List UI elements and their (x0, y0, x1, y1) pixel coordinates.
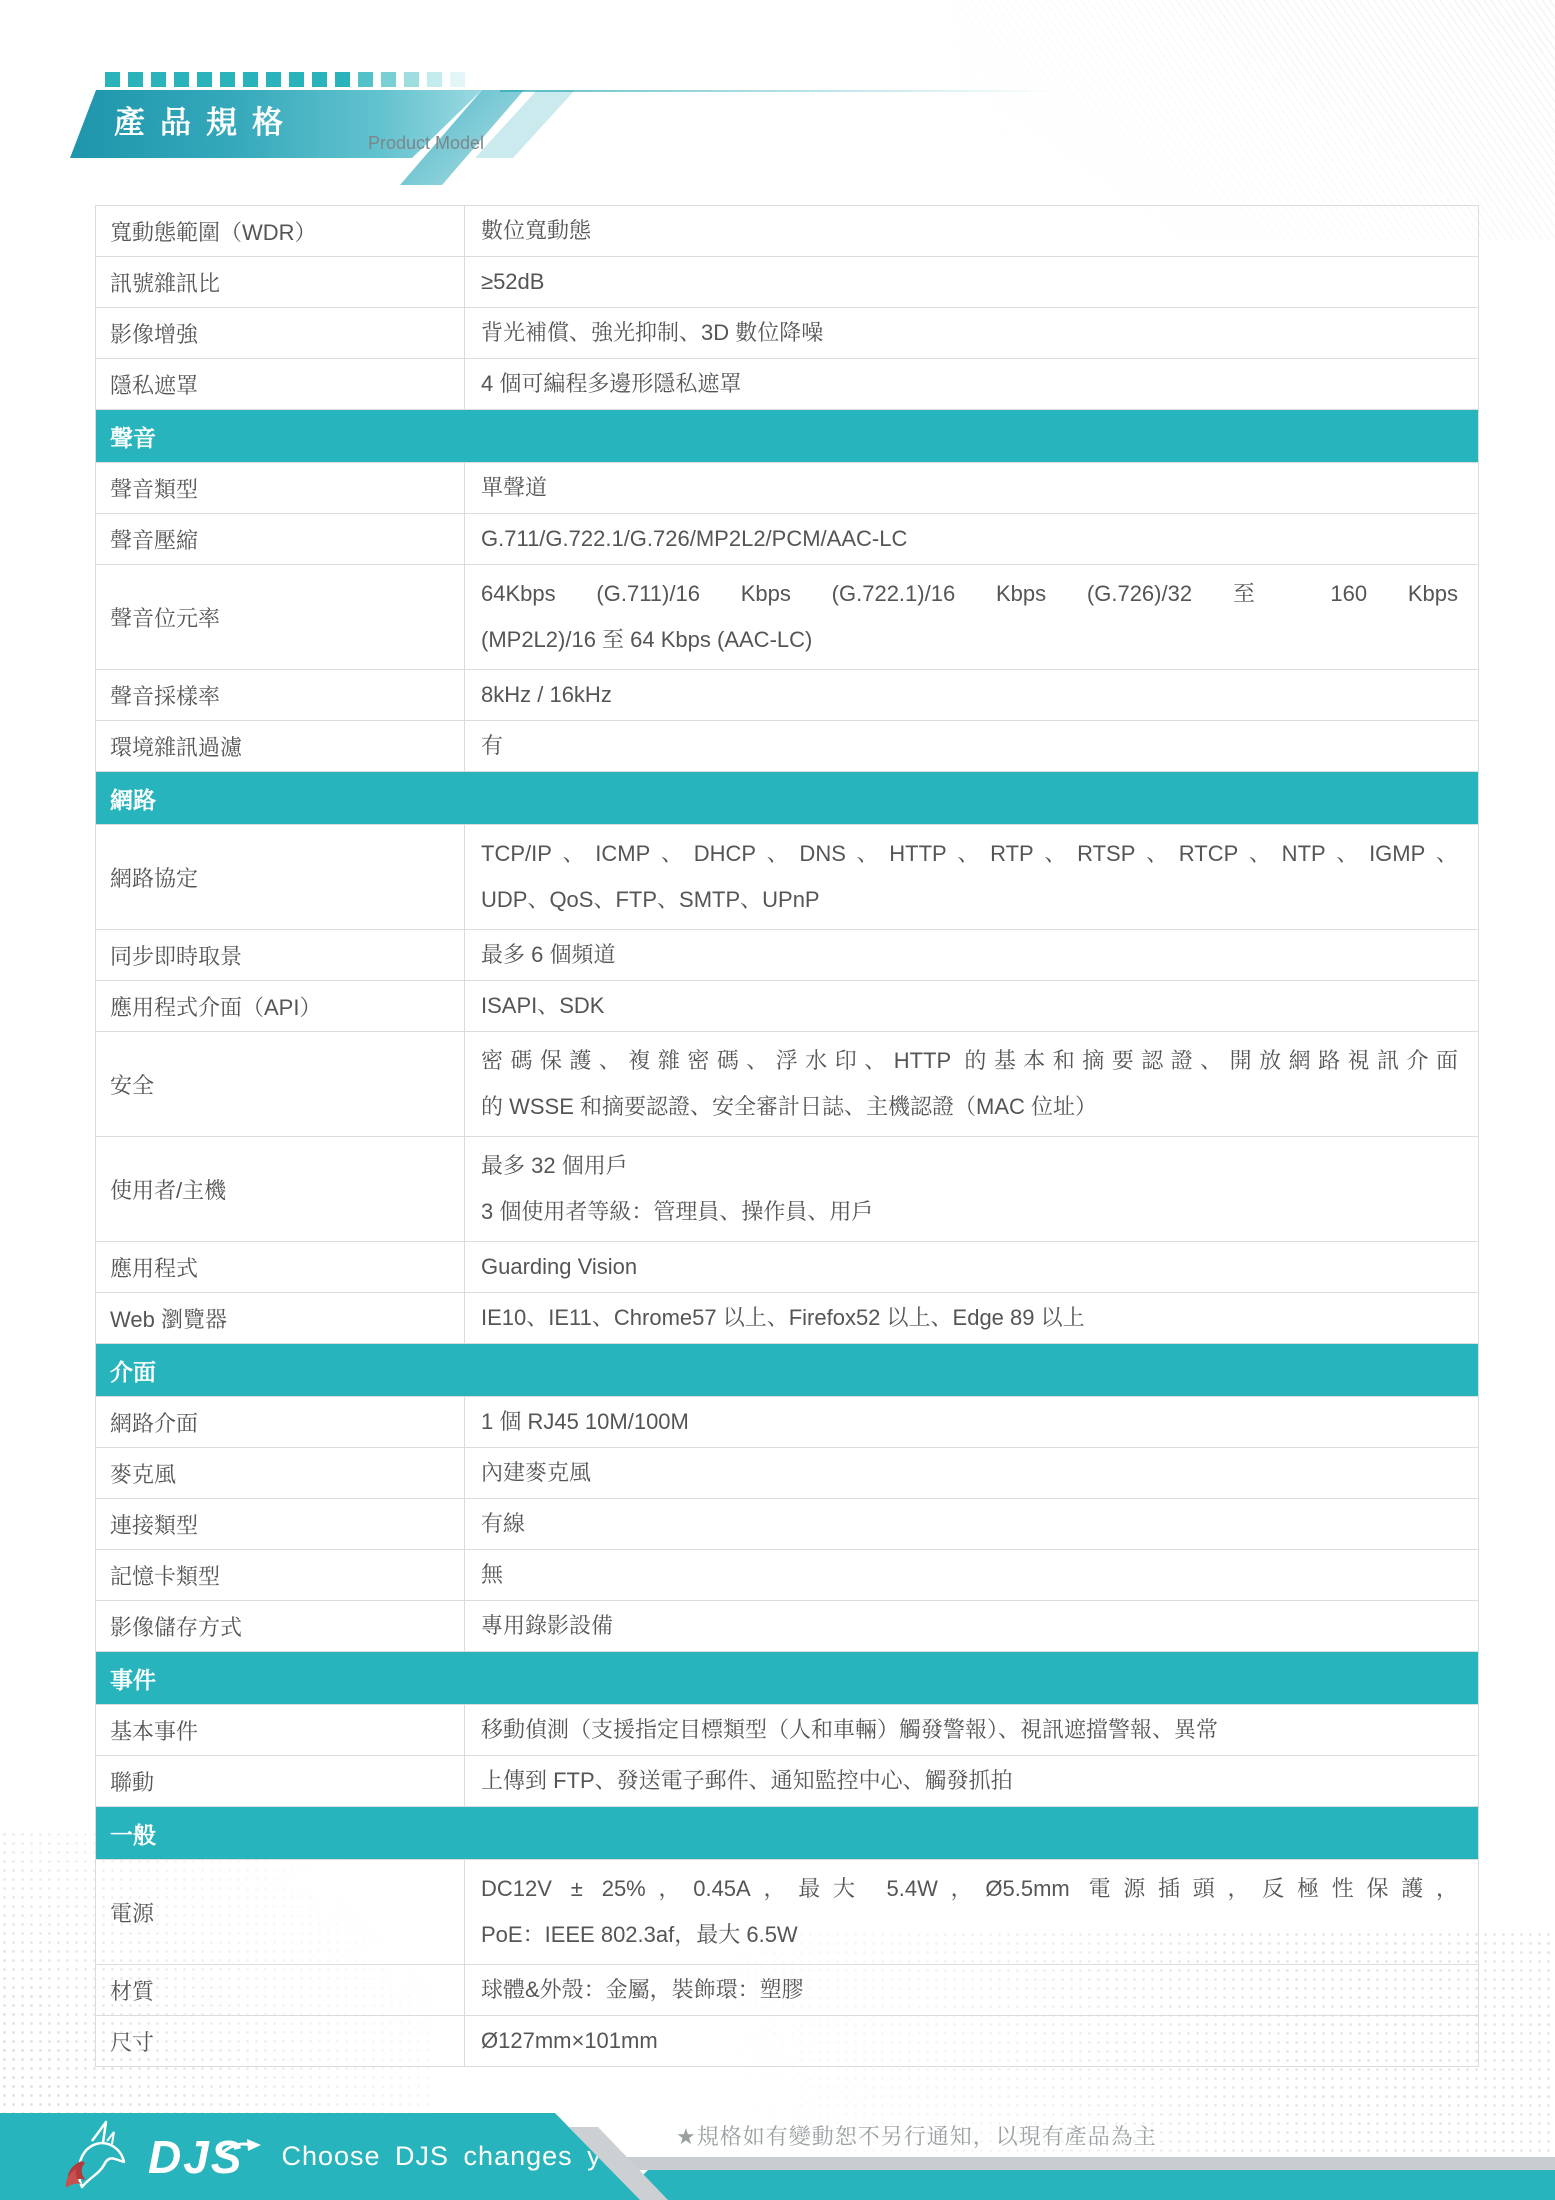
spec-value: 密碼保護、複雜密碼、浮水印、HTTP 的基本和摘要認證、開放網路視訊介面的 WS… (465, 1032, 1478, 1136)
table-row: 連接類型有線 (96, 1498, 1478, 1549)
footer-teal-strip (618, 2170, 1555, 2200)
decorative-square (404, 72, 419, 87)
unicorn-logo-icon (58, 2117, 142, 2196)
spec-value-line: 單聲道 (481, 474, 1458, 502)
footer-gray-strip (592, 2157, 1555, 2170)
spec-value-line: 1 個 RJ45 10M/100M (481, 1408, 1458, 1436)
decorative-square (358, 72, 373, 87)
spec-value: 1 個 RJ45 10M/100M (465, 1397, 1478, 1447)
spec-value: 無 (465, 1550, 1478, 1600)
table-row: 影像儲存方式專用錄影設備 (96, 1600, 1478, 1651)
decorative-square (266, 72, 281, 87)
spec-value: IE10、IE11、Chrome57 以上、Firefox52 以上、Edge … (465, 1293, 1478, 1343)
spec-value-line: 64Kbps (G.711)/16 Kbps (G.722.1)/16 Kbps… (481, 571, 1458, 617)
spec-value: ISAPI、SDK (465, 981, 1478, 1031)
spec-value: ≥52dB (465, 257, 1478, 307)
spec-value: 球體&外殼：金屬，裝飾環：塑膠 (465, 1965, 1478, 2015)
brand-name: DJS (148, 2134, 243, 2180)
table-row: 隱私遮罩4 個可編程多邊形隱私遮罩 (96, 358, 1478, 409)
spec-label: 電源 (96, 1860, 465, 1964)
section-header: 一般 (96, 1806, 1478, 1859)
spec-value-line: 3 個使用者等級：管理員、操作員、用戶 (481, 1189, 1458, 1235)
decorative-square (335, 72, 350, 87)
page-subtitle: Product Model (368, 133, 484, 154)
spec-value-line: ≥52dB (481, 268, 1458, 296)
spec-label: 影像儲存方式 (96, 1601, 465, 1651)
spec-value: 移動偵測（支援指定目標類型（人和車輛）觸發警報）、視訊遮擋警報、異常 (465, 1705, 1478, 1755)
section-header: 網路 (96, 771, 1478, 824)
decorative-square (128, 72, 143, 87)
decorative-square (174, 72, 189, 87)
spec-value-line: 球體&外殼：金屬，裝飾環：塑膠 (481, 1976, 1458, 2004)
brand-arrow-icon (217, 2120, 263, 2166)
spec-label: 尺寸 (96, 2016, 465, 2066)
spec-label: Web 瀏覽器 (96, 1293, 465, 1343)
table-row: 尺寸Ø127mm×101mm (96, 2015, 1478, 2066)
footer-disclaimer: ★規格如有變動恕不另行通知，以現有產品為主 (676, 2120, 1157, 2151)
spec-value-line: 有線 (481, 1510, 1458, 1538)
table-row: 應用程式介面（API）ISAPI、SDK (96, 980, 1478, 1031)
spec-value-line: 背光補償、強光抑制、3D 數位降噪 (481, 319, 1458, 347)
spec-value-line: 最多 6 個頻道 (481, 941, 1458, 969)
spec-value: 上傳到 FTP、發送電子郵件、通知監控中心、觸發抓拍 (465, 1756, 1478, 1806)
spec-value: 有線 (465, 1499, 1478, 1549)
table-row: Web 瀏覽器IE10、IE11、Chrome57 以上、Firefox52 以… (96, 1292, 1478, 1343)
decorative-square (243, 72, 258, 87)
section-header: 事件 (96, 1651, 1478, 1704)
table-row: 使用者/主機最多 32 個用戶3 個使用者等級：管理員、操作員、用戶 (96, 1136, 1478, 1241)
decorative-square (381, 72, 396, 87)
table-row: 聲音位元率64Kbps (G.711)/16 Kbps (G.722.1)/16… (96, 564, 1478, 669)
table-row: 材質球體&外殼：金屬，裝飾環：塑膠 (96, 1964, 1478, 2015)
table-row: 麥克風內建麥克風 (96, 1447, 1478, 1498)
table-row: 聯動上傳到 FTP、發送電子郵件、通知監控中心、觸發抓拍 (96, 1755, 1478, 1806)
spec-value: 最多 32 個用戶3 個使用者等級：管理員、操作員、用戶 (465, 1137, 1478, 1241)
spec-label: 聲音位元率 (96, 565, 465, 669)
table-row: 記憶卡類型無 (96, 1549, 1478, 1600)
spec-value-line: DC12V ± 25%，0.45A，最大 5.4W，Ø5.5mm 電源插頭，反極… (481, 1866, 1458, 1912)
table-row: 聲音類型單聲道 (96, 462, 1478, 513)
spec-label: 寬動態範圍（WDR） (96, 206, 465, 256)
spec-value: Ø127mm×101mm (465, 2016, 1478, 2066)
spec-label: 基本事件 (96, 1705, 465, 1755)
spec-value: 背光補償、強光抑制、3D 數位降噪 (465, 308, 1478, 358)
spec-label: 使用者/主機 (96, 1137, 465, 1241)
spec-value: 數位寬動態 (465, 206, 1478, 256)
spec-value-line: TCP/IP、ICMP、DHCP、DNS、HTTP、RTP、RTSP、RTCP、… (481, 831, 1458, 877)
decorative-square (220, 72, 235, 87)
spec-value-line: 的 WSSE 和摘要認證、安全審計日誌、主機認證（MAC 位址） (481, 1084, 1458, 1130)
spec-label: 影像增強 (96, 308, 465, 358)
footer: ★規格如有變動恕不另行通知，以現有產品為主 DJS (0, 2113, 1555, 2200)
spec-label: 記憶卡類型 (96, 1550, 465, 1600)
table-row: 寬動態範圍（WDR）數位寬動態 (96, 206, 1478, 256)
spec-value: 64Kbps (G.711)/16 Kbps (G.722.1)/16 Kbps… (465, 565, 1478, 669)
table-row: 聲音壓縮G.711/G.722.1/G.726/MP2L2/PCM/AAC-LC (96, 513, 1478, 564)
section-title: 一般 (110, 1817, 156, 1850)
spec-value-line: 4 個可編程多邊形隱私遮罩 (481, 370, 1458, 398)
spec-value-line: IE10、IE11、Chrome57 以上、Firefox52 以上、Edge … (481, 1304, 1458, 1332)
banner-line (500, 90, 1060, 92)
decorative-square (312, 72, 327, 87)
spec-label: 聲音採樣率 (96, 670, 465, 720)
halftone-texture-top-right (955, 0, 1555, 240)
spec-value: 最多 6 個頻道 (465, 930, 1478, 980)
spec-value-line: ISAPI、SDK (481, 992, 1458, 1020)
decorative-square (427, 72, 442, 87)
spec-label: 連接類型 (96, 1499, 465, 1549)
spec-value-line: Ø127mm×101mm (481, 2027, 1458, 2055)
spec-value-line: 內建麥克風 (481, 1459, 1458, 1487)
spec-value: 4 個可編程多邊形隱私遮罩 (465, 359, 1478, 409)
spec-label: 網路協定 (96, 825, 465, 929)
spec-value: DC12V ± 25%，0.45A，最大 5.4W，Ø5.5mm 電源插頭，反極… (465, 1860, 1478, 1964)
spec-value-line: 最多 32 個用戶 (481, 1143, 1458, 1189)
spec-label: 隱私遮罩 (96, 359, 465, 409)
spec-label: 材質 (96, 1965, 465, 2015)
decorative-square (197, 72, 212, 87)
spec-value-line: 有 (481, 732, 1458, 760)
table-row: 同步即時取景最多 6 個頻道 (96, 929, 1478, 980)
spec-value: TCP/IP、ICMP、DHCP、DNS、HTTP、RTP、RTSP、RTCP、… (465, 825, 1478, 929)
decorative-square (450, 72, 465, 87)
spec-label: 環境雜訊過濾 (96, 721, 465, 771)
spec-value-line: 8kHz / 16kHz (481, 681, 1458, 709)
spec-value: 有 (465, 721, 1478, 771)
spec-value-line: 數位寬動態 (481, 217, 1458, 245)
spec-label: 網路介面 (96, 1397, 465, 1447)
decorative-square (151, 72, 166, 87)
section-title: 事件 (110, 1662, 156, 1695)
spec-value-line: 專用錄影設備 (481, 1612, 1458, 1640)
table-row: 影像增強背光補償、強光抑制、3D 數位降噪 (96, 307, 1478, 358)
table-row: 電源DC12V ± 25%，0.45A，最大 5.4W，Ø5.5mm 電源插頭，… (96, 1859, 1478, 1964)
decorative-square (289, 72, 304, 87)
spec-label: 聲音類型 (96, 463, 465, 513)
section-header: 聲音 (96, 409, 1478, 462)
spec-value: 內建麥克風 (465, 1448, 1478, 1498)
spec-value-line: G.711/G.722.1/G.726/MP2L2/PCM/AAC-LC (481, 525, 1458, 553)
spec-value-line: PoE：IEEE 802.3af，最大 6.5W (481, 1912, 1458, 1958)
section-title: 聲音 (110, 420, 156, 453)
table-row: 網路協定TCP/IP、ICMP、DHCP、DNS、HTTP、RTP、RTSP、R… (96, 824, 1478, 929)
spec-table: 寬動態範圍（WDR）數位寬動態訊號雜訊比≥52dB影像增強背光補償、強光抑制、3… (95, 205, 1479, 2067)
spec-label: 應用程式 (96, 1242, 465, 1292)
spec-value: 單聲道 (465, 463, 1478, 513)
table-row: 基本事件移動偵測（支援指定目標類型（人和車輛）觸發警報）、視訊遮擋警報、異常 (96, 1704, 1478, 1755)
decorative-square (105, 72, 120, 87)
decorative-squares (105, 72, 465, 87)
spec-label: 聯動 (96, 1756, 465, 1806)
spec-value: 8kHz / 16kHz (465, 670, 1478, 720)
spec-label: 訊號雜訊比 (96, 257, 465, 307)
spec-label: 麥克風 (96, 1448, 465, 1498)
spec-value-line: 無 (481, 1561, 1458, 1589)
spec-label: 應用程式介面（API） (96, 981, 465, 1031)
table-row: 訊號雜訊比≥52dB (96, 256, 1478, 307)
spec-label: 聲音壓縮 (96, 514, 465, 564)
spec-value-line: 移動偵測（支援指定目標類型（人和車輛）觸發警報）、視訊遮擋警報、異常 (481, 1716, 1458, 1744)
spec-value: G.711/G.722.1/G.726/MP2L2/PCM/AAC-LC (465, 514, 1478, 564)
section-header: 介面 (96, 1343, 1478, 1396)
spec-value-line: UDP、QoS、FTP、SMTP、UPnP (481, 877, 1458, 923)
spec-value-line: 密碼保護、複雜密碼、浮水印、HTTP 的基本和摘要認證、開放網路視訊介面 (481, 1038, 1458, 1084)
spec-value: 專用錄影設備 (465, 1601, 1478, 1651)
section-title: 介面 (110, 1354, 156, 1387)
table-row: 網路介面1 個 RJ45 10M/100M (96, 1396, 1478, 1447)
table-row: 應用程式Guarding Vision (96, 1241, 1478, 1292)
table-row: 聲音採樣率8kHz / 16kHz (96, 669, 1478, 720)
section-title: 網路 (110, 782, 156, 815)
table-row: 安全密碼保護、複雜密碼、浮水印、HTTP 的基本和摘要認證、開放網路視訊介面的 … (96, 1031, 1478, 1136)
spec-value-line: 上傳到 FTP、發送電子郵件、通知監控中心、觸發抓拍 (481, 1767, 1458, 1795)
spec-label: 安全 (96, 1032, 465, 1136)
spec-label: 同步即時取景 (96, 930, 465, 980)
table-row: 環境雜訊過濾有 (96, 720, 1478, 771)
spec-value-line: (MP2L2)/16 至 64 Kbps (AAC-LC) (481, 617, 1458, 663)
spec-value: Guarding Vision (465, 1242, 1478, 1292)
spec-value-line: Guarding Vision (481, 1253, 1458, 1281)
